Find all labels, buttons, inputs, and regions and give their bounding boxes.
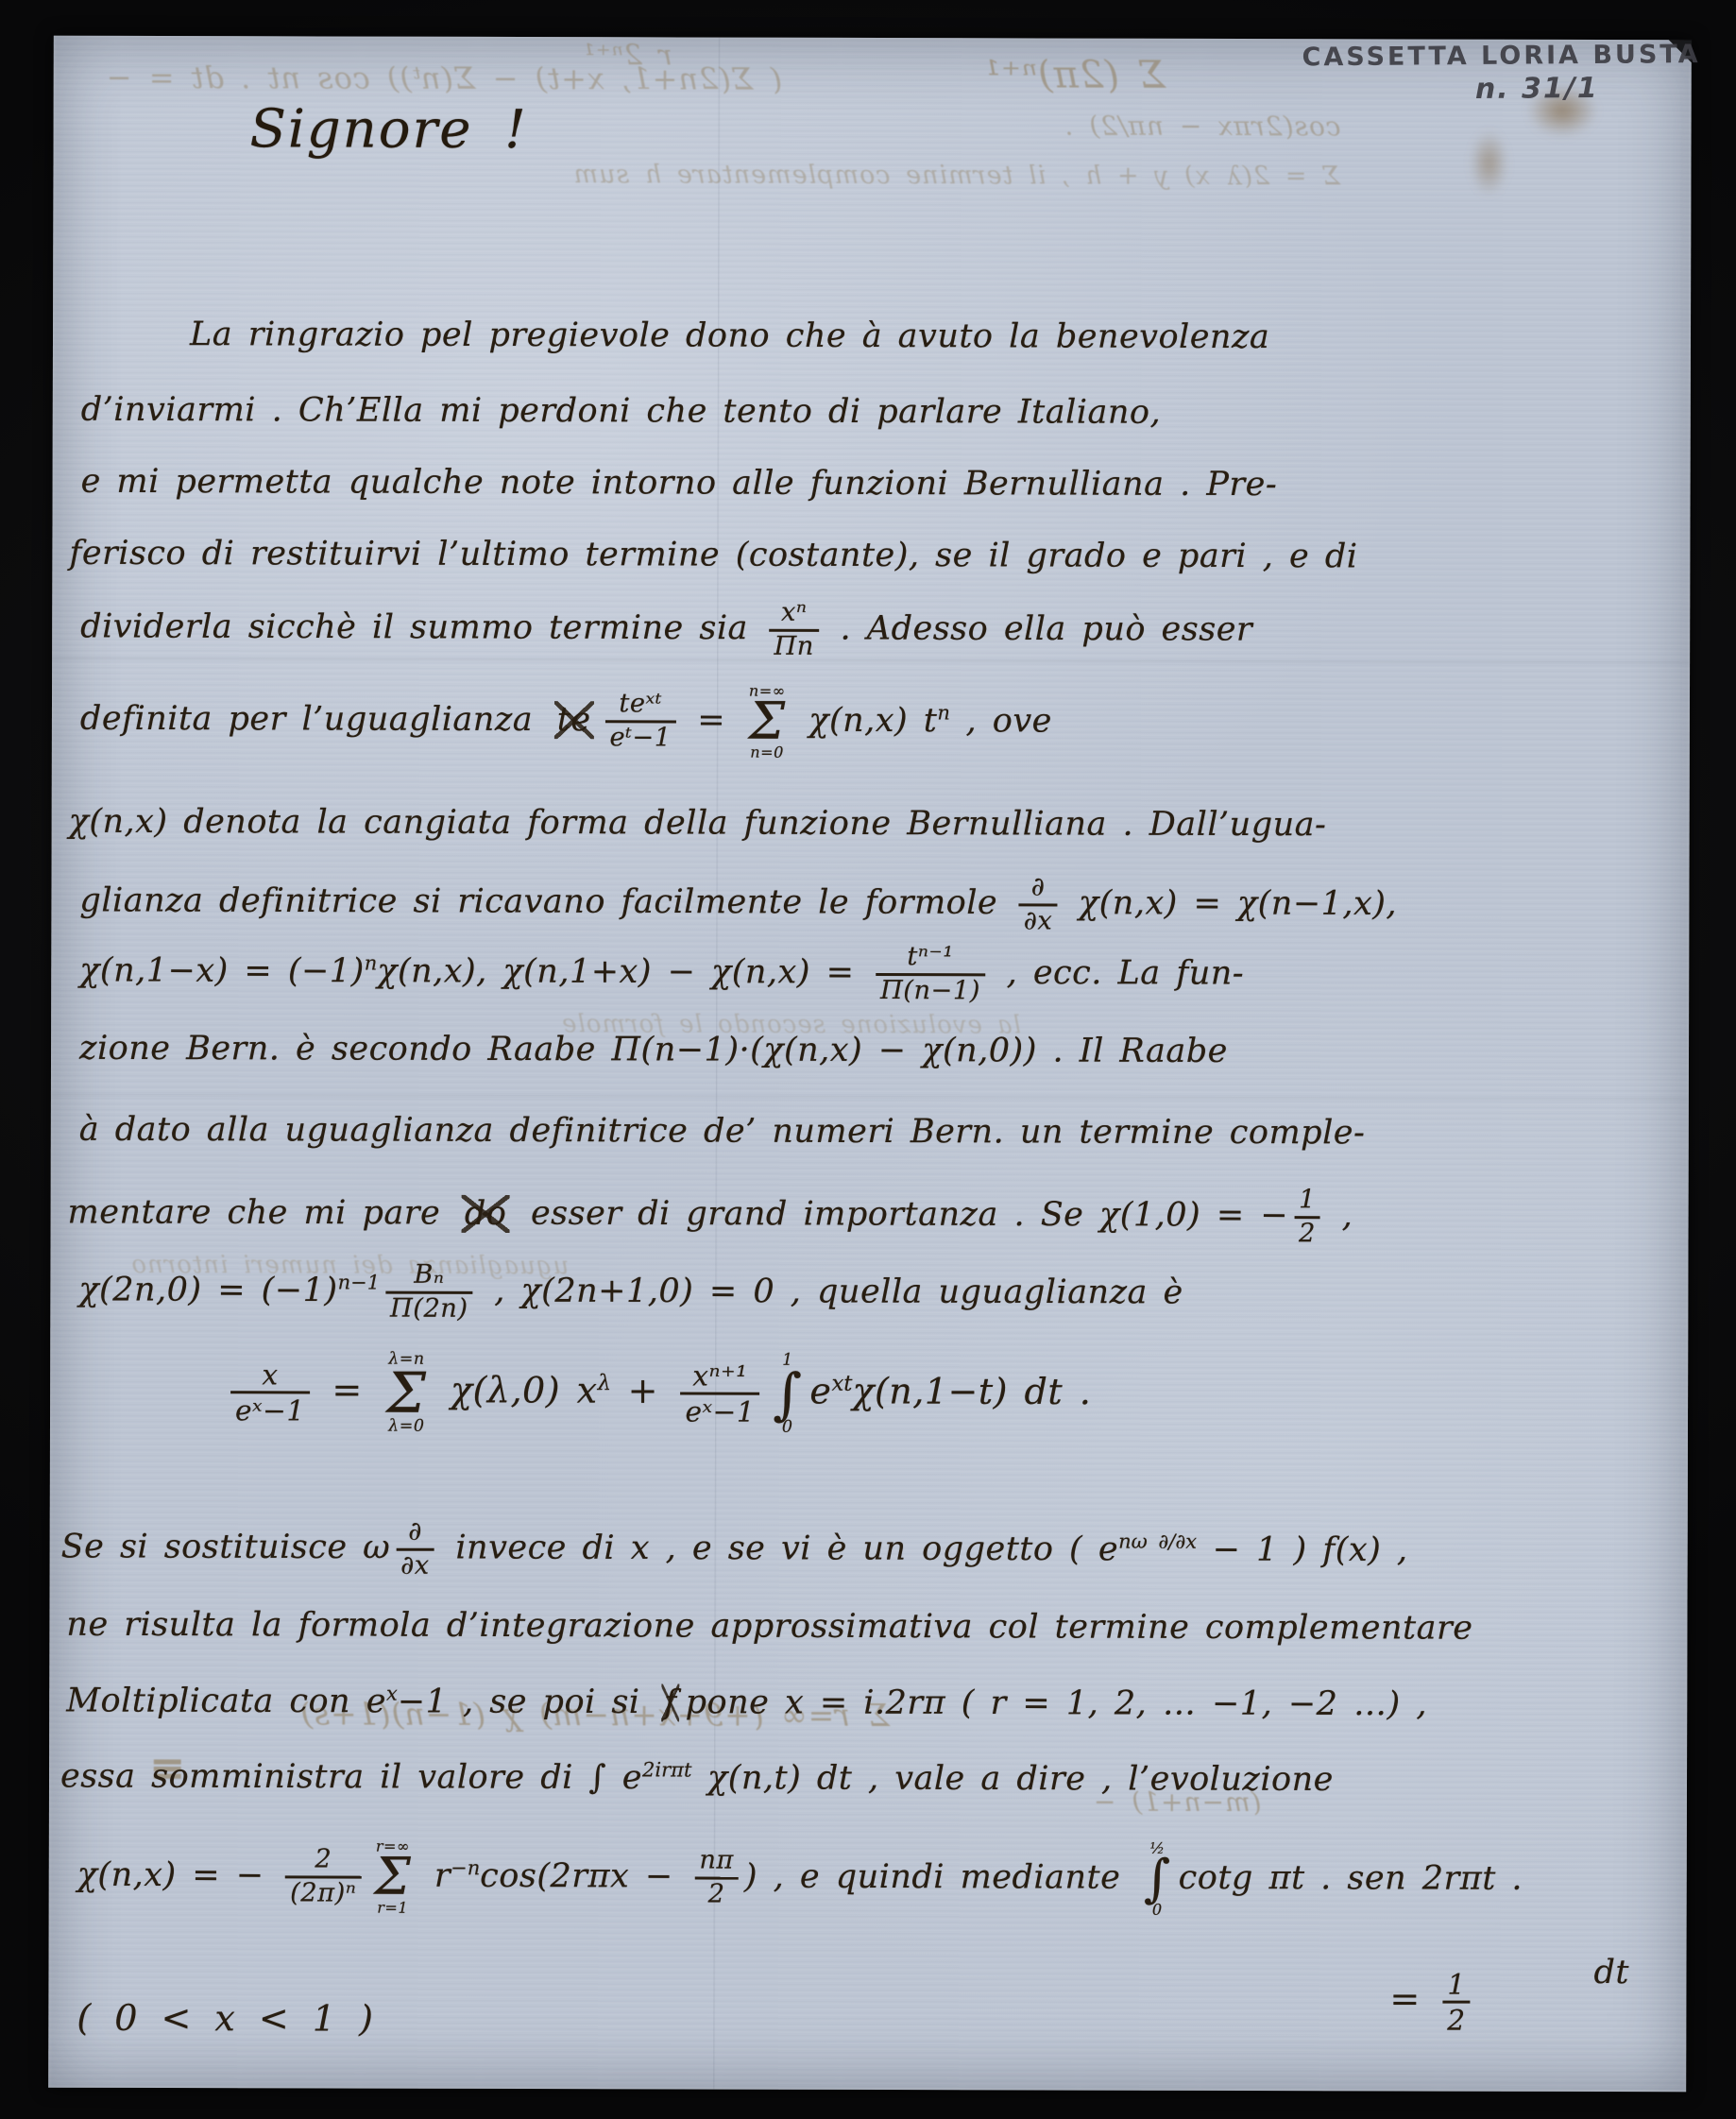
summation-operator: n=∞Σn=0 bbox=[749, 684, 786, 760]
lower-limit: λ=0 bbox=[388, 1418, 424, 1435]
text-run: glianza definitrice si ricavano facilmen… bbox=[79, 881, 1013, 922]
fraction: ∂∂x bbox=[396, 1518, 434, 1581]
text-run: invece di x , e se vi è un oggetto ( e bbox=[440, 1529, 1118, 1568]
text-run: definita per l’uguaglianza bbox=[80, 700, 549, 739]
summation-operator: λ=nΣλ=0 bbox=[386, 1352, 426, 1435]
fraction-numerator: xⁿ bbox=[770, 599, 819, 632]
lower-limit: 0 bbox=[782, 1419, 793, 1436]
fraction-numerator: 2 bbox=[285, 1846, 361, 1879]
integral-operator: ½∫0 bbox=[1144, 1841, 1171, 1918]
letter-line: glianza definitrice si ricavano facilmen… bbox=[79, 871, 1397, 937]
text-run: ne risulta la formola d’integrazione app… bbox=[66, 1606, 1472, 1648]
struck-out-text: te bbox=[554, 701, 594, 739]
letter-line: definita per l’uguaglianza teteˣᵗeᵗ−1 = … bbox=[80, 682, 1052, 761]
text-run: r bbox=[418, 1857, 451, 1895]
fraction: teˣᵗeᵗ−1 bbox=[604, 691, 675, 753]
text-run: = bbox=[682, 701, 741, 739]
struck-out-text: do bbox=[462, 1194, 510, 1232]
letter-line: e mi permetta qualche note intorno alle … bbox=[81, 463, 1278, 504]
fraction: BₙΠ(2n) bbox=[385, 1261, 473, 1324]
text-run: χ(n,x), χ(n,1+x) − χ(n,x) = bbox=[377, 952, 870, 991]
text-run: cotg πt . sen 2rπt . bbox=[1179, 1859, 1523, 1898]
fraction-numerator: x bbox=[230, 1359, 310, 1394]
letter-line: Moltiplicata con ex−1 , se poi si fpone … bbox=[66, 1682, 1427, 1723]
text-run: χ(2n,0) = (−1) bbox=[78, 1271, 337, 1309]
text-run: dividerla sicchè il summo termine sia bbox=[80, 607, 763, 647]
fraction-numerator: nπ bbox=[694, 1847, 739, 1880]
text-run: e mi permetta qualche note intorno alle … bbox=[81, 463, 1278, 504]
fraction-denominator: ∂x bbox=[1019, 906, 1058, 936]
fraction-numerator: ∂ bbox=[396, 1518, 434, 1551]
letter-line: zione Bern. è secondo Raabe Π(n−1)·(χ(n,… bbox=[79, 1030, 1228, 1070]
letter-line: ferisco di restituirvi l’ultimo termine … bbox=[69, 535, 1357, 576]
fraction-numerator: 1 bbox=[1294, 1186, 1320, 1219]
text-run: χ(λ,0) x bbox=[434, 1369, 597, 1410]
text-run: Se si sostituisce ω bbox=[61, 1528, 391, 1566]
letter-line: à dato alla uguaglianza definitrice de’ … bbox=[79, 1111, 1366, 1153]
text-run: essa somministra il valore di ∫ e bbox=[60, 1757, 642, 1797]
text-run: , ove bbox=[950, 702, 1052, 740]
text-run: χ(n,1−t) dt . bbox=[852, 1370, 1091, 1412]
fraction-numerator: 1 bbox=[1442, 1969, 1470, 2004]
letter-line: ( 0 < x < 1 ) bbox=[77, 1997, 377, 2040]
ink-stain bbox=[1470, 130, 1507, 197]
superscript: nω ∂/∂x bbox=[1118, 1530, 1197, 1553]
fraction: 2(2π)ⁿ bbox=[285, 1846, 361, 1908]
fraction-numerator: ∂ bbox=[1019, 873, 1058, 906]
letter-page: ( Σ(2n+1, x+t) − Σ(nᵗ)) cos nt . dt = −r… bbox=[48, 36, 1692, 2093]
text-run: = bbox=[315, 1369, 380, 1410]
fraction-denominator: ∂x bbox=[396, 1550, 434, 1581]
fraction-numerator: Bₙ bbox=[385, 1261, 473, 1294]
fraction: xeˣ−1 bbox=[230, 1359, 310, 1427]
text-run: La ringrazio pel pregievole dono che à a… bbox=[190, 316, 1269, 356]
text-run: + bbox=[611, 1370, 675, 1411]
superscript: −n bbox=[451, 1856, 480, 1879]
text-run: cos(2rπx − bbox=[480, 1857, 689, 1896]
fraction: xⁿ⁺¹eˣ−1 bbox=[680, 1360, 759, 1428]
letter-line: = 12 bbox=[1389, 1968, 1475, 2036]
fraction-numerator: teˣᵗ bbox=[605, 691, 676, 724]
annotation-collection-label: CASSETTA LORIA BUSTA bbox=[1302, 40, 1700, 72]
text-run: ( 0 < x < 1 ) bbox=[77, 1997, 377, 2040]
operator-glyph: Σ bbox=[374, 1854, 411, 1901]
text-run: −1 , se poi si bbox=[398, 1683, 655, 1721]
fraction-denominator: (2π)ⁿ bbox=[285, 1878, 361, 1908]
text-run: ) , e quindi mediante bbox=[744, 1858, 1136, 1897]
letter-line: χ(2n,0) = (−1)n−1BₙΠ(2n) , χ(2n+1,0) = 0… bbox=[78, 1260, 1183, 1325]
fraction-denominator: eᵗ−1 bbox=[604, 723, 675, 753]
struck-out-text: f bbox=[661, 1683, 680, 1721]
text-run: e bbox=[809, 1370, 831, 1411]
letter-line: dt bbox=[1593, 1954, 1629, 1991]
text-run: = bbox=[1389, 1978, 1437, 2020]
lower-limit: n=0 bbox=[750, 745, 784, 760]
letter-body: La ringrazio pel pregievole dono che à a… bbox=[48, 36, 1692, 2093]
operator-glyph: Σ bbox=[749, 699, 786, 745]
annotation-item-number: n. 31/1 bbox=[1475, 71, 1701, 106]
archival-annotation: CASSETTA LORIA BUSTA n. 31/1 bbox=[1302, 40, 1701, 107]
fraction: ∂∂x bbox=[1019, 873, 1058, 935]
fraction: 12 bbox=[1294, 1186, 1320, 1248]
text-run: à dato alla uguaglianza definitrice de’ … bbox=[79, 1111, 1366, 1153]
superscript: 2irπt bbox=[642, 1758, 691, 1781]
fraction-denominator: 2 bbox=[1442, 2004, 1470, 2036]
fraction-denominator: 2 bbox=[1294, 1219, 1320, 1249]
text-run: pone x = i.2rπ ( r = 1, 2, … −1, −2 …) , bbox=[686, 1683, 1427, 1723]
superscript: n−1 bbox=[338, 1271, 381, 1293]
text-run: χ(n,x) = − bbox=[77, 1856, 281, 1895]
fraction: nπ2 bbox=[694, 1847, 739, 1909]
lower-limit: r=1 bbox=[377, 1901, 408, 1916]
text-run: χ(n,x) denota la cangiata forma della fu… bbox=[69, 803, 1327, 844]
superscript: xt bbox=[831, 1372, 852, 1396]
letter-line: essa somministra il valore di ∫ e2irπt χ… bbox=[60, 1757, 1334, 1799]
fraction: xⁿΠn bbox=[769, 599, 819, 661]
letter-line: La ringrazio pel pregievole dono che à a… bbox=[190, 316, 1269, 356]
fraction: tⁿ⁻¹Π(n−1) bbox=[876, 943, 985, 1005]
letter-line: ne risulta la formola d’integrazione app… bbox=[66, 1606, 1472, 1648]
operator-glyph: Σ bbox=[386, 1368, 426, 1418]
letter-line: χ(n,x) = − 2(2π)ⁿr=∞Σr=1 r−ncos(2rπx − n… bbox=[77, 1838, 1523, 1919]
text-run: , bbox=[1326, 1197, 1353, 1235]
fraction: 12 bbox=[1442, 1969, 1471, 2036]
text-run: , ecc. La fun- bbox=[991, 954, 1244, 993]
fraction-denominator: Πn bbox=[769, 631, 818, 661]
text-run: d’inviarmi . Ch’Ella mi perdoni che tent… bbox=[81, 391, 1161, 432]
letter-line: dividerla sicchè il summo termine sia xⁿ… bbox=[80, 597, 1252, 662]
text-run: χ(n,x) = χ(n−1,x), bbox=[1063, 884, 1397, 923]
text-run: χ(n,x) t bbox=[793, 702, 938, 740]
fraction-denominator: eˣ−1 bbox=[230, 1394, 310, 1427]
text-run: . Adesso ella può esser bbox=[825, 609, 1252, 648]
text-run: χ(n,t) dt , vale a dire , l’evoluzione bbox=[691, 1759, 1334, 1799]
letter-line: mentare che mi pare do esser di grand im… bbox=[67, 1183, 1353, 1249]
letter-line: χ(n,1−x) = (−1)nχ(n,x), χ(n,1+x) − χ(n,x… bbox=[79, 941, 1244, 1006]
superscript: n bbox=[937, 702, 950, 725]
lower-limit: 0 bbox=[1152, 1903, 1163, 1918]
letter-line: d’inviarmi . Ch’Ella mi perdoni che tent… bbox=[81, 391, 1161, 432]
operator-glyph: ∫ bbox=[1144, 1856, 1171, 1903]
text-run: mentare che mi pare bbox=[68, 1193, 456, 1232]
text-run: esser di grand importanza . Se χ(1,0) = … bbox=[515, 1195, 1288, 1235]
letter-line: xeˣ−1 = λ=nΣλ=0 χ(λ,0) xλ + xⁿ⁺¹eˣ−11∫0e… bbox=[225, 1351, 1091, 1436]
superscript: x bbox=[386, 1683, 398, 1705]
text-run: χ(n,1−x) = (−1) bbox=[79, 951, 365, 990]
text-run: Moltiplicata con e bbox=[66, 1682, 386, 1720]
fraction-denominator: eˣ−1 bbox=[680, 1395, 759, 1427]
superscript: λ bbox=[598, 1371, 612, 1395]
fraction-denominator: 2 bbox=[694, 1880, 739, 1910]
fraction-denominator: Π(n−1) bbox=[876, 976, 985, 1006]
superscript: n bbox=[365, 952, 378, 975]
fraction-numerator: xⁿ⁺¹ bbox=[681, 1360, 760, 1395]
text-run: , χ(2n+1,0) = 0 , quella uguaglianza è bbox=[479, 1272, 1183, 1311]
letter-line: χ(n,x) denota la cangiata forma della fu… bbox=[69, 803, 1327, 844]
letter-line: Se si sostituisce ω∂∂x invece di x , e s… bbox=[61, 1517, 1408, 1583]
text-run: dt bbox=[1593, 1954, 1629, 1991]
text-run: − 1 ) f(x) , bbox=[1197, 1530, 1408, 1569]
fraction-numerator: tⁿ⁻¹ bbox=[876, 943, 985, 976]
operator-glyph: ∫ bbox=[773, 1369, 802, 1419]
fraction-denominator: Π(2n) bbox=[385, 1293, 473, 1324]
summation-operator: r=∞Σr=1 bbox=[374, 1839, 411, 1916]
text-run: zione Bern. è secondo Raabe Π(n−1)·(χ(n,… bbox=[79, 1030, 1228, 1070]
text-run: ferisco di restituirvi l’ultimo termine … bbox=[69, 535, 1357, 576]
integral-operator: 1∫0 bbox=[773, 1353, 802, 1436]
